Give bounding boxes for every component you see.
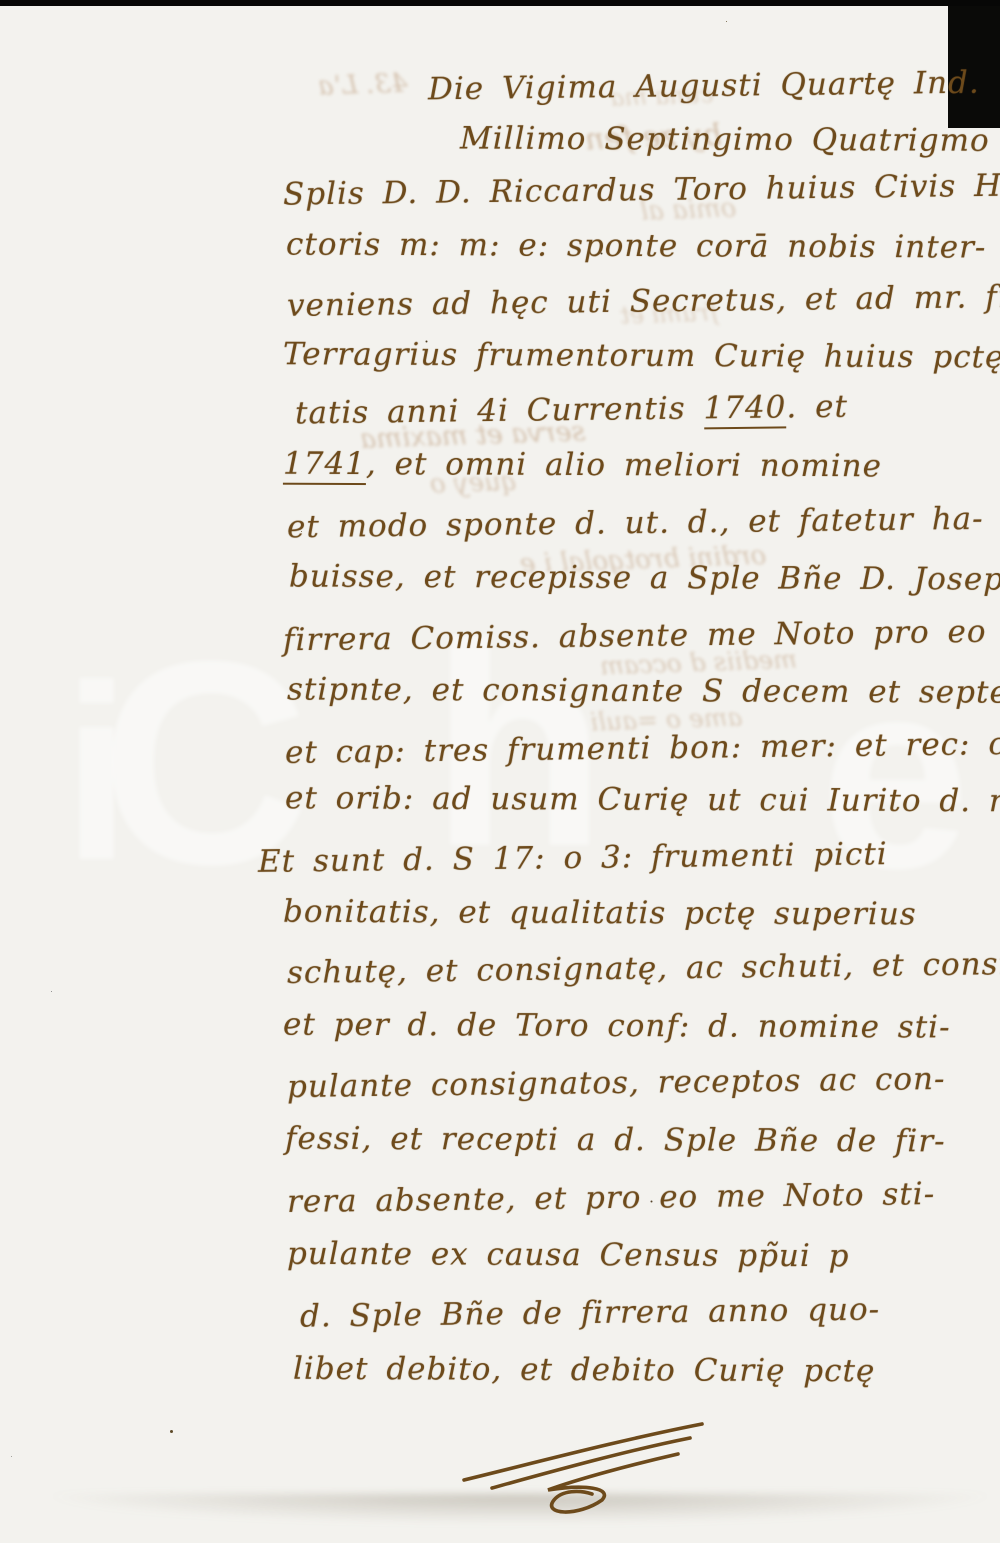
manuscript-line: buisse, et recepisse a Sple Bñe D. Josep…	[289, 558, 1000, 597]
manuscript-line: tatis anni 4i Currentis 1740. et	[295, 389, 848, 432]
manuscript-line: ctoris m: m: e: sponte corā nobis inter-	[286, 226, 987, 265]
manuscript-line: pulante ex causa Census pp̃ui p	[287, 1236, 850, 1274]
manuscript-line: stipnte, et consignante S decem et septe	[287, 671, 1000, 710]
showthrough-fragment: 43. L'a	[318, 68, 409, 101]
manuscript-line: fessi, et recepti a d. Sple Bñe de fir-	[285, 1121, 946, 1160]
manuscript-line: d. Sple Bñe de firrera anno quo-	[300, 1291, 881, 1334]
manuscript-line: Millimo Septingimo Quatrigmo Primo —	[460, 120, 1000, 159]
manuscript-line: et per d. de Toro conf: d. nomine sti-	[283, 1007, 951, 1046]
manuscript-line: et orib: ad usum Curię ut cui Iurito d. …	[285, 780, 1000, 820]
scan-edge-top	[0, 0, 1000, 6]
manuscript-line: Et sunt d. S 17: o 3: frumenti picti	[258, 836, 888, 880]
manuscript-line: Die Vigima Augusti Quartę Ind.	[428, 65, 980, 108]
manuscript-line: bonitatis, et qualitatis pctę superius	[283, 894, 917, 933]
notarial-flourish	[450, 1418, 710, 1523]
paper-specks	[170, 1430, 173, 1433]
manuscript-line: libet debito, et debito Curię pctę	[293, 1351, 875, 1390]
manuscript-line: Terragrius frumentorum Curię huius pctę …	[283, 336, 1000, 376]
manuscript-line: 1741, et omni alio meliori nomine	[283, 446, 882, 485]
